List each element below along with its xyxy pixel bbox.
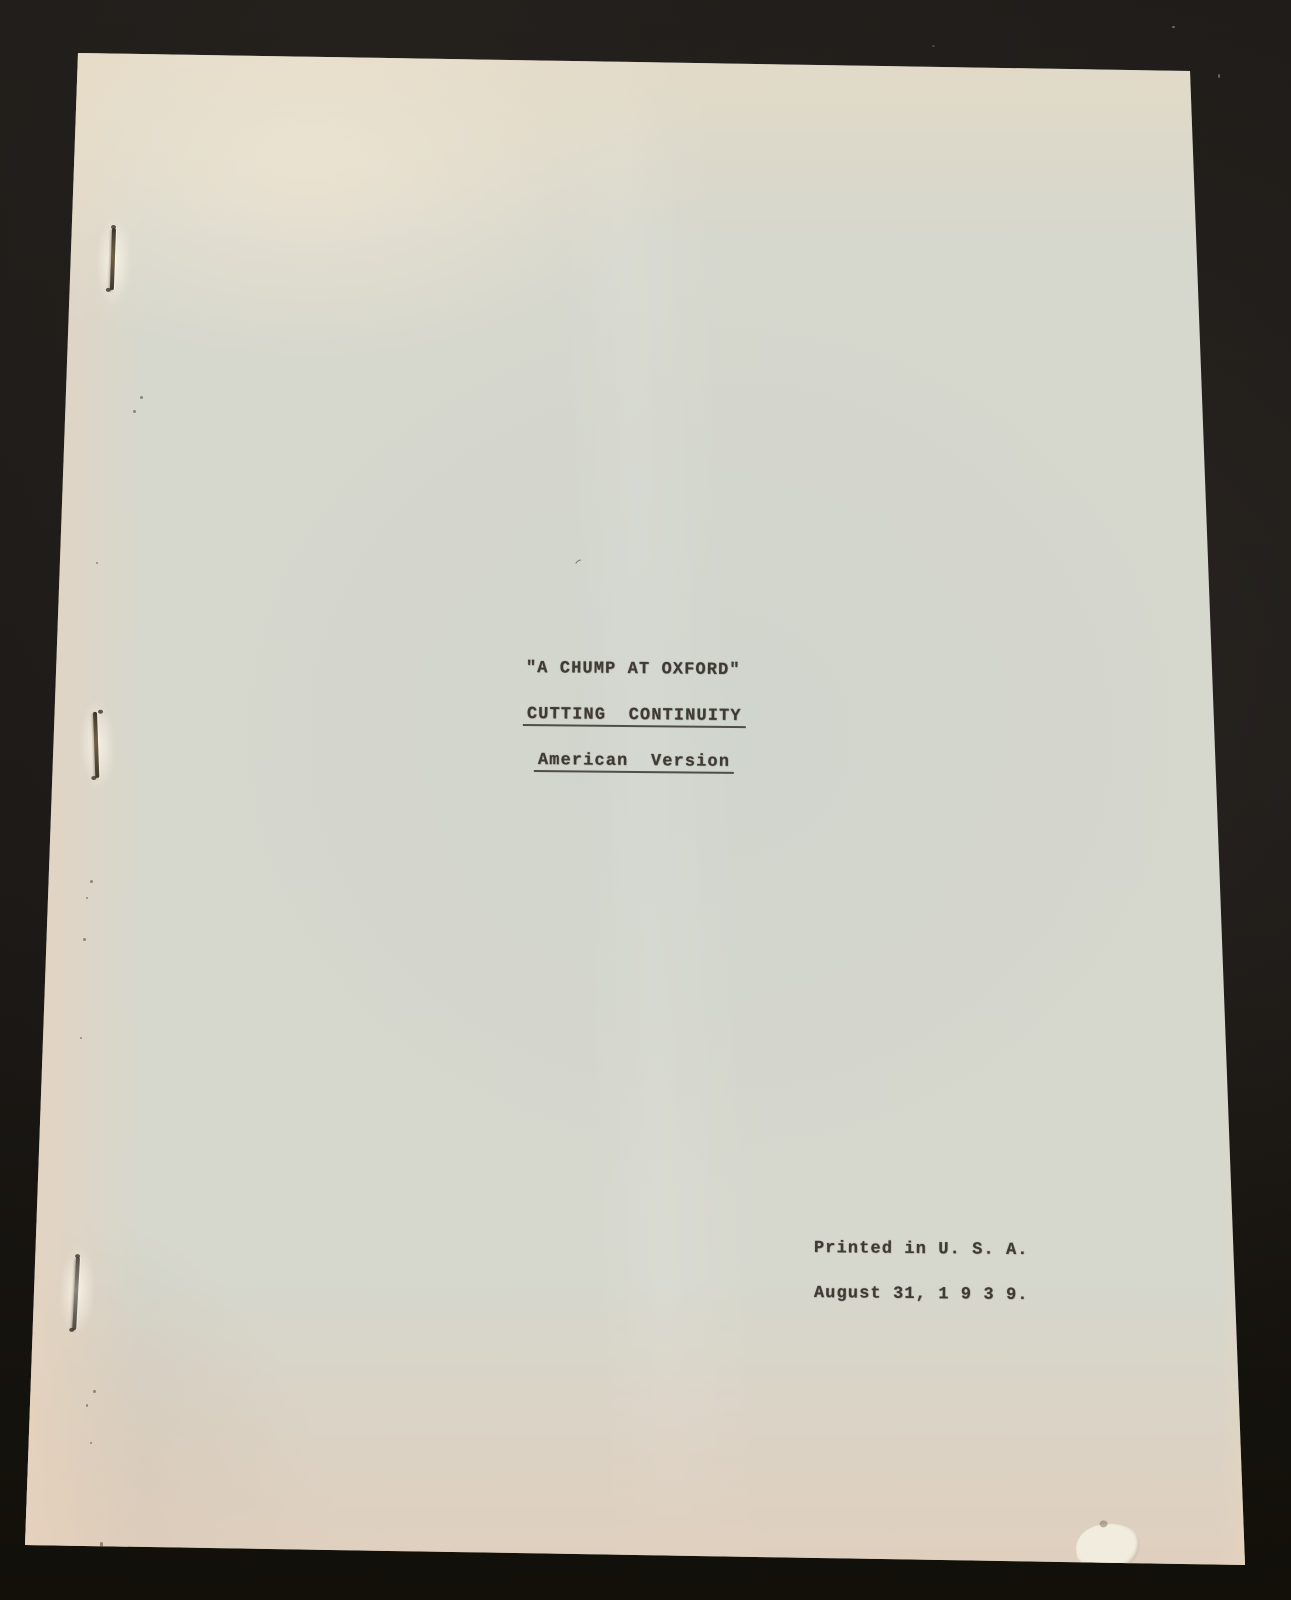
pinhole — [83, 938, 86, 941]
imprint-date-line: August 31, 1 9 3 9. — [814, 1285, 1029, 1304]
dust-speck — [1218, 74, 1220, 78]
photo-background: "A CHUMP AT OXFORD" CUTTING CONTINUITY A… — [0, 0, 1291, 1600]
document-heading: CUTTING CONTINUITY — [523, 706, 746, 728]
edge-nick — [100, 1542, 103, 1548]
script-cover-page: "A CHUMP AT OXFORD" CUTTING CONTINUITY A… — [0, 0, 1291, 1600]
dust-speck — [1172, 26, 1175, 28]
pinhole — [90, 880, 93, 883]
pinhole — [86, 897, 88, 899]
pinhole — [86, 1404, 88, 1407]
paper-edge-shading — [0, 0, 1291, 1600]
pinhole — [80, 1037, 82, 1039]
pinhole — [93, 1390, 96, 1393]
document-title: "A CHUMP AT OXFORD" — [526, 660, 741, 679]
pinhole — [133, 410, 136, 413]
imprint-printed-line: Printed in U. S. A. — [814, 1240, 1029, 1259]
pinhole — [140, 396, 143, 399]
paper-tear-chip — [1074, 1521, 1142, 1573]
stray-ink-mark — [574, 558, 585, 569]
staple-hole — [111, 225, 116, 229]
staple-hole — [106, 288, 111, 292]
pinhole — [96, 562, 98, 564]
document-subheading: American Version — [534, 752, 734, 774]
dust-speck — [932, 45, 935, 47]
pinhole — [90, 1442, 92, 1444]
